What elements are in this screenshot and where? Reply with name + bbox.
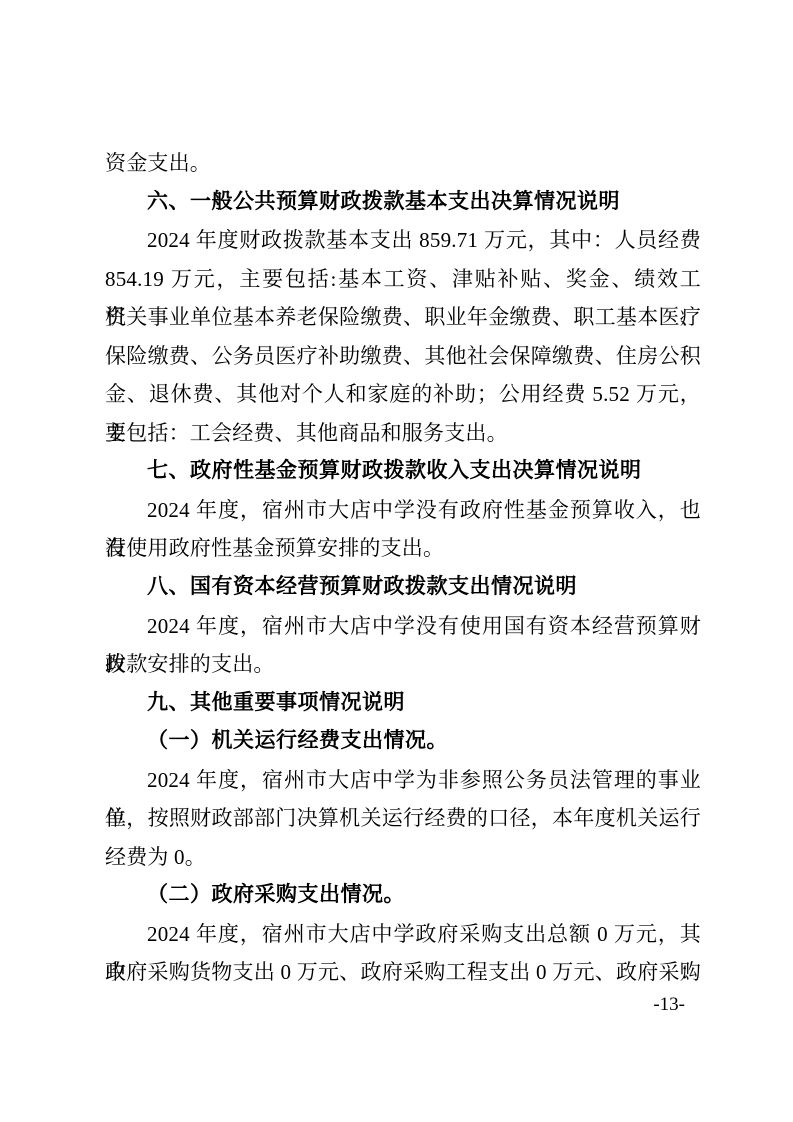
section-heading: 八、国有资本经营预算财政拨款支出情况说明 bbox=[105, 568, 701, 607]
text-line: 资金支出。 bbox=[105, 144, 701, 183]
sub-section-heading: （二）政府采购支出情况。 bbox=[105, 876, 701, 915]
text-line: 2024 年度，宿州市大店中学没有政府性基金预算收入，也没 bbox=[105, 491, 701, 530]
text-line: 2024 年度，宿州市大店中学为非参照公务员法管理的事业单 bbox=[105, 761, 701, 800]
text-line: 拨款安排的支出。 bbox=[105, 645, 701, 684]
text-line: 有使用政府性基金预算安排的支出。 bbox=[105, 529, 701, 568]
section-heading: 七、政府性基金预算财政拨款收入支出决算情况说明 bbox=[105, 452, 701, 491]
text-line: 机关事业单位基本养老保险缴费、职业年金缴费、职工基本医疗 bbox=[105, 298, 701, 337]
page-number: -13- bbox=[653, 994, 685, 1016]
text-line: 2024 年度，宿州市大店中学政府采购支出总额 0 万元，其中： bbox=[105, 915, 701, 954]
sub-section-heading: （一）机关运行经费支出情况。 bbox=[105, 722, 701, 761]
text-line: 保险缴费、公务员医疗补助缴费、其他社会保障缴费、住房公积 bbox=[105, 337, 701, 376]
document-body: 资金支出。六、一般公共预算财政拨款基本支出决算情况说明2024 年度财政拨款基本… bbox=[105, 144, 701, 992]
text-line: 2024 年度，宿州市大店中学没有使用国有资本经营预算财政 bbox=[105, 607, 701, 646]
text-line: 854.19 万元，主要包括:基本工资、津贴补贴、奖金、绩效工资、 bbox=[105, 260, 701, 299]
document-page: 资金支出。六、一般公共预算财政拨款基本支出决算情况说明2024 年度财政拨款基本… bbox=[0, 0, 793, 1122]
text-line: 2024 年度财政拨款基本支出 859.71 万元，其中：人员经费 bbox=[105, 221, 701, 260]
section-heading: 九、其他重要事项情况说明 bbox=[105, 684, 701, 723]
text-line: 经费为 0。 bbox=[105, 838, 701, 877]
text-line: 政府采购货物支出 0 万元、政府采购工程支出 0 万元、政府采购 bbox=[105, 953, 701, 992]
text-line: 金、退休费、其他对个人和家庭的补助；公用经费 5.52 万元，主 bbox=[105, 375, 701, 414]
text-line: 要包括：工会经费、其他商品和服务支出。 bbox=[105, 414, 701, 453]
text-line: 位，按照财政部部门决算机关运行经费的口径，本年度机关运行 bbox=[105, 799, 701, 838]
section-heading: 六、一般公共预算财政拨款基本支出决算情况说明 bbox=[105, 183, 701, 222]
